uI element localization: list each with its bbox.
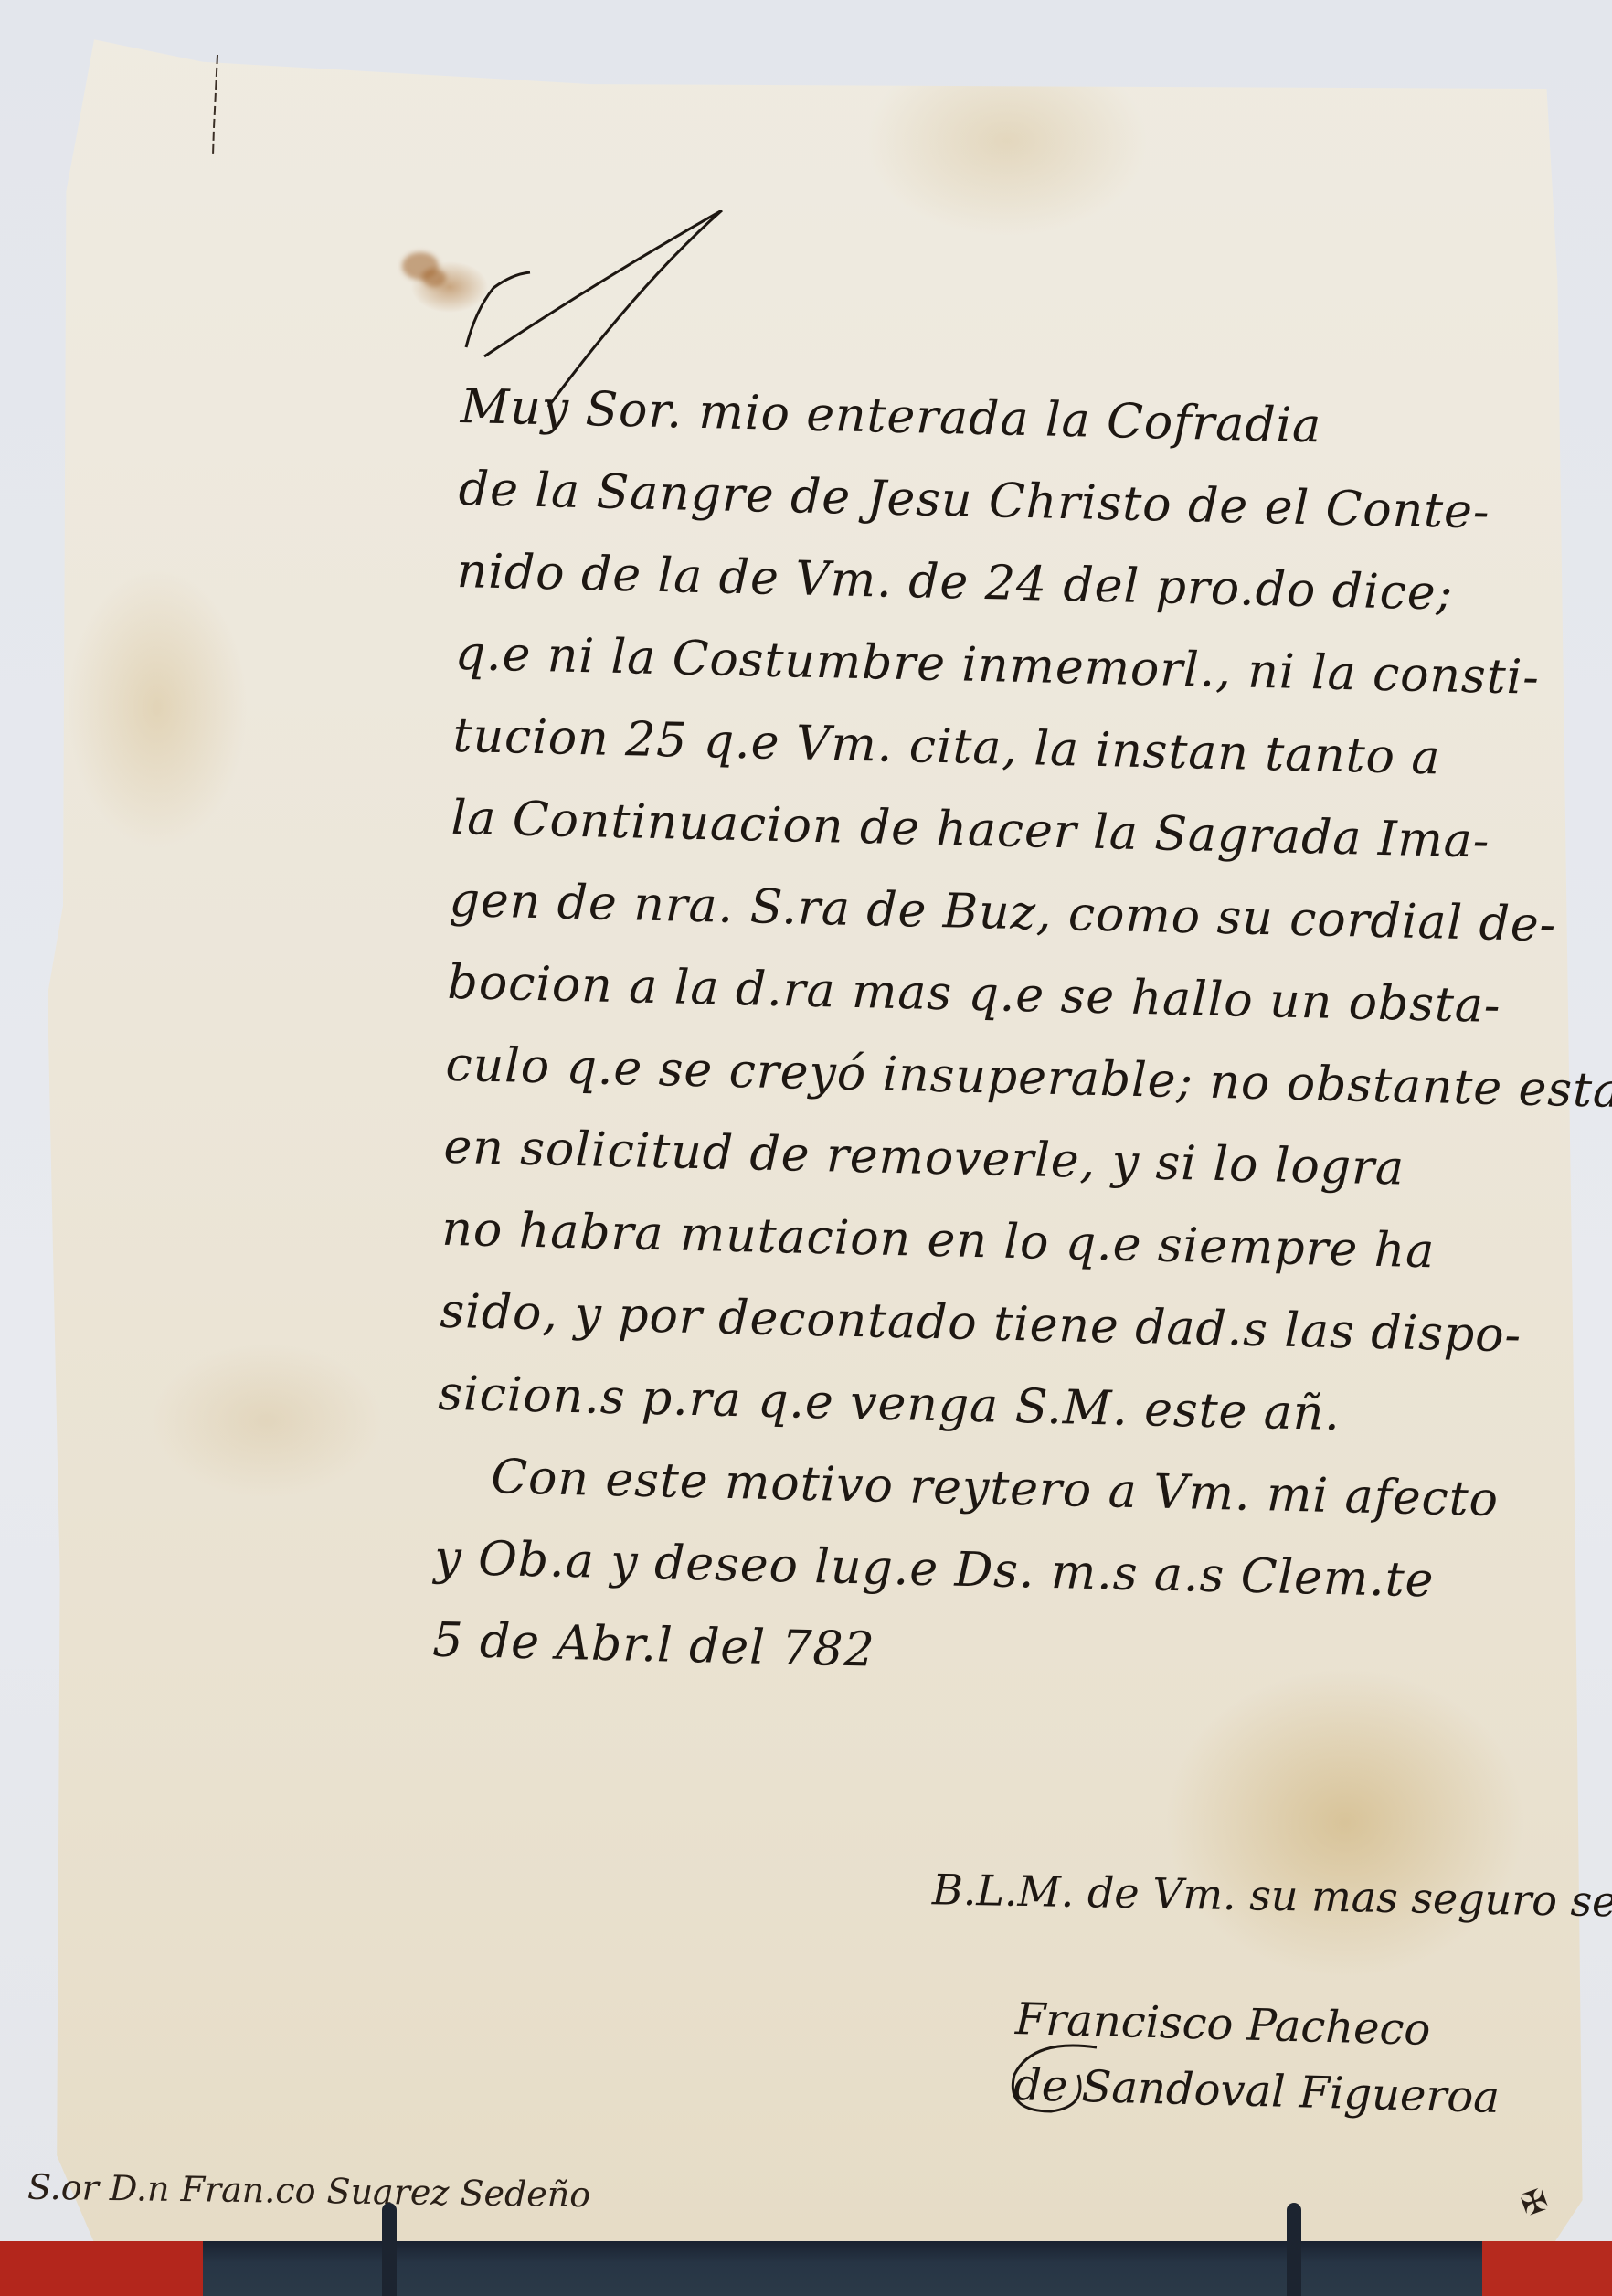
signature-line: Francisco Pacheco	[1014, 1986, 1502, 2065]
closing-formula: B.L.M. de Vm. su mas seguro serv.dor	[931, 1853, 1612, 1940]
stand-support-rod-left	[382, 2203, 397, 2296]
closing-text: B.L.M. de Vm. su mas seguro serv.dor	[931, 1853, 1612, 1940]
ink-margin-mark	[212, 55, 219, 155]
signature-line: de Sandoval Figueroa	[1013, 2052, 1501, 2131]
stand-red-panel-left	[0, 2241, 207, 2296]
letter-body: Muy Sor. mio enterada la Cofradia de la …	[431, 366, 1566, 1706]
stand-support-rod-right	[1287, 2203, 1301, 2296]
addressee-line: S.or D.n Fran.co Suarez Sedeño	[27, 2167, 591, 2216]
signature-block: Francisco Pacheco de Sandoval Figueroa	[1013, 1986, 1502, 2131]
rust-stain	[422, 269, 446, 287]
stand-red-panel-right	[1482, 2241, 1612, 2296]
